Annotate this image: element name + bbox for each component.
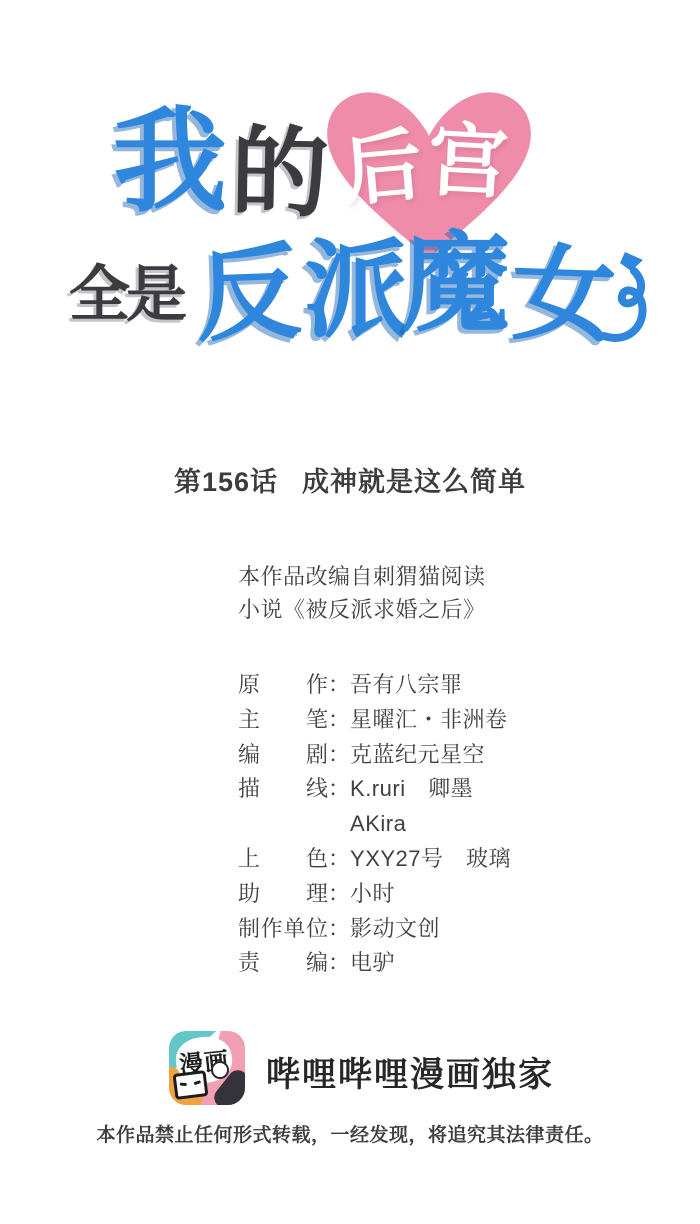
title-text-quanshi: 全是 xyxy=(69,264,183,325)
credit-value: 克蓝纪元星空 xyxy=(350,742,485,767)
credit-row-assistant: 助理：小时 xyxy=(238,877,511,912)
credit-colon: ： xyxy=(328,668,350,703)
adaptation-line-2: 小说《被反派求婚之后》 xyxy=(238,593,486,626)
title-char-pai: 派 xyxy=(304,238,410,344)
credit-colon: ： xyxy=(328,842,350,877)
chapter-name: 成神就是这么简单 xyxy=(302,467,526,497)
title-char-de: 的 xyxy=(230,123,330,223)
credit-label: 助理 xyxy=(238,877,328,912)
credit-value: 星曜汇・非洲卷 xyxy=(350,707,508,732)
credit-label: 上色 xyxy=(238,842,328,877)
credit-row-main-artist: 主笔：星曜汇・非洲卷 xyxy=(238,703,511,738)
bilibili-manga-app-icon: 漫画 xyxy=(169,1031,245,1105)
publisher-row: 漫画 哔哩哔哩漫画独家 xyxy=(0,1028,700,1118)
adaptation-note: 本作品改编自刺猬猫阅读 小说《被反派求婚之后》 xyxy=(238,560,486,626)
credit-value: 吾有八宗罪 xyxy=(350,672,463,697)
chapter-title: 第156话成神就是这么简单 xyxy=(0,460,700,499)
title-char-wo: 我 xyxy=(113,106,227,220)
credit-label: 描线 xyxy=(238,772,328,807)
credit-value: YXY27号 玻璃 xyxy=(350,846,511,871)
credit-row-line-art: 描线：K.ruri 卿墨 xyxy=(238,772,511,807)
credit-colon: ： xyxy=(328,912,350,947)
credit-label: 责编 xyxy=(238,946,328,981)
credit-label: 编剧 xyxy=(238,738,328,773)
title-char-gong: 宫 xyxy=(426,120,510,204)
credit-value: 电驴 xyxy=(350,950,395,975)
copyright-disclaimer: 本作品禁止任何形式转载，一经发现，将追究其法律责任。 xyxy=(0,1120,700,1147)
credit-colon: ： xyxy=(328,703,350,738)
credit-label: 主笔 xyxy=(238,703,328,738)
credit-row-editor: 责编：电驴 xyxy=(238,946,511,981)
credit-value: K.ruri 卿墨 xyxy=(350,776,473,801)
title-char-hou: 后 xyxy=(340,125,426,211)
credit-value: AKira xyxy=(350,811,406,836)
title-char-fan: 反 xyxy=(194,240,303,349)
credit-colon: ： xyxy=(328,946,350,981)
credit-row-screenwriter: 编剧：克蓝纪元星空 xyxy=(238,738,511,773)
credit-row-colorist: 上色：YXY27号 玻璃 xyxy=(238,842,511,877)
credits-list: 原作：吾有八宗罪 主笔：星曜汇・非洲卷 编剧：克蓝纪元星空 描线：K.ruri … xyxy=(238,668,511,981)
chapter-number: 第156话 xyxy=(174,467,278,497)
credit-value: 小时 xyxy=(350,881,395,906)
credit-colon: ： xyxy=(328,772,350,807)
credit-colon: ： xyxy=(328,738,350,773)
devil-tail-icon xyxy=(600,250,650,342)
publisher-name: 哔哩哔哩漫画独家 xyxy=(266,1047,554,1096)
credit-label: 制作单位 xyxy=(238,912,328,947)
adaptation-line-1: 本作品改编自刺猬猫阅读 xyxy=(238,560,486,593)
credit-label: 原作 xyxy=(238,668,328,703)
credit-value: 影动文创 xyxy=(350,916,440,941)
title-logo: 我 的 后 宫 全是 反 派 魔 女 xyxy=(0,0,700,400)
credit-row-line-art-continued: ：AKira xyxy=(238,807,511,842)
credit-colon: ： xyxy=(328,877,350,912)
icon-hand xyxy=(211,1061,229,1079)
icon-tv-face xyxy=(173,1070,209,1100)
credit-row-production-studio: 制作单位：影动文创 xyxy=(238,912,511,947)
credit-row-original-author: 原作：吾有八宗罪 xyxy=(238,668,511,703)
title-char-mo: 魔 xyxy=(402,230,510,338)
